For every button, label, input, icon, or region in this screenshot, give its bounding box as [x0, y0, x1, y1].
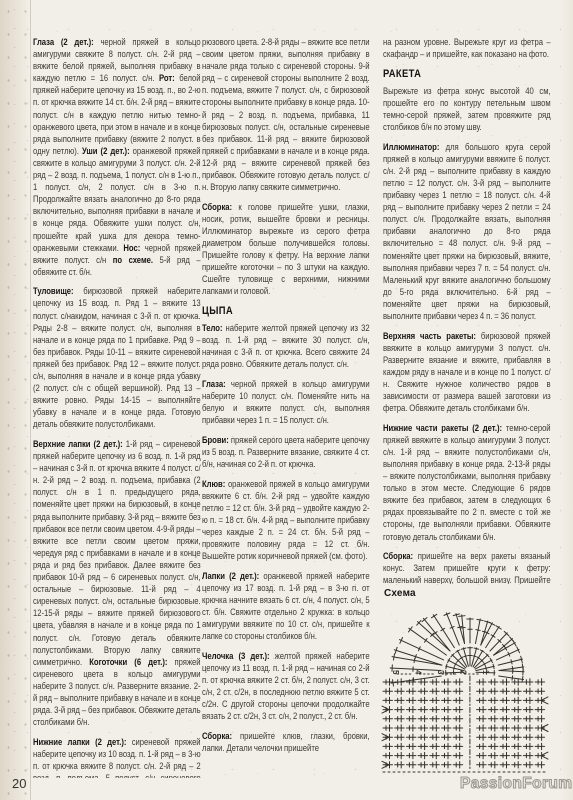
run-in-label: Челочка (3 дет.):	[202, 651, 270, 661]
run-in-label: Глаза:	[202, 379, 226, 389]
paragraph: Нижние части ракеты (2 дет.): темно-серо…	[383, 422, 551, 543]
paragraph: Верхние лапки (2 дет.): 1-й ряд – сирене…	[33, 438, 201, 728]
section-heading: ЦЫПА	[202, 305, 370, 317]
text-column-1: Глаза (2 дет.): черной пряжей в кольцо а…	[33, 36, 201, 778]
paragraph: Туловище: бирюзовой пряжей наберите цепо…	[33, 285, 201, 430]
paragraph: Лапки (2 дет.): оранжевой пряжей наберит…	[202, 570, 370, 643]
paragraph: на разном уровне. Вырежьте круг из фетра…	[383, 36, 551, 60]
run-in-label: Клюв:	[202, 479, 225, 489]
paragraph: Клюв: оранжевой пряжей в кольцо амигурум…	[202, 478, 370, 563]
crochet-schema: Схема 54321	[381, 588, 556, 783]
paragraph: Глаза: черной пряжей в кольцо амигуруми …	[202, 378, 370, 426]
text-column-2: рюзового цвета. 2-8-й ряды – вяжите все …	[202, 36, 370, 762]
paragraph: рюзового цвета. 2-8-й ряды – вяжите все …	[202, 36, 370, 193]
magazine-page: Глаза (2 дет.): черной пряжей в кольцо а…	[0, 0, 573, 800]
run-in-label: Иллюминатор:	[383, 142, 439, 152]
page-number: 20	[12, 776, 26, 791]
svg-text:1: 1	[481, 670, 490, 675]
run-in-label: Глаза (2 дет.):	[33, 37, 94, 47]
watermark: PassionForum.ru	[460, 775, 573, 793]
text-column-3: на разном уровне. Вырежьте круг из фетра…	[383, 36, 551, 584]
run-in-label: Нижние части ракеты (2 дет.):	[383, 423, 502, 433]
paragraph: Брови: пряжей серого цвета наберите цепо…	[202, 434, 370, 470]
paragraph: Верхняя часть ракеты: бирюзовой пряжей в…	[383, 330, 551, 415]
section-heading: РАКЕТА	[383, 68, 551, 80]
paragraph: Челочка (3 дет.): желтой пряжей наберите…	[202, 650, 370, 723]
paragraph: Нижние лапки (2 дет.): сиреневой пряжей …	[33, 736, 201, 778]
page-edge-right	[560, 0, 573, 800]
run-in-label: Верхняя часть ракеты:	[383, 331, 476, 341]
paragraph: Сборка: к голове пришейте ушки, глазки, …	[202, 201, 370, 298]
run-in-label: Нижние лапки (2 дет.):	[33, 737, 126, 747]
run-in-label: Коготочки (6 дет.):	[89, 657, 167, 667]
run-in-label: по схеме.	[113, 255, 153, 265]
paragraph: Глаза (2 дет.): черной пряжей в кольцо а…	[33, 36, 201, 278]
run-in-label: Туловище:	[33, 286, 74, 296]
run-in-label: Брови:	[202, 435, 229, 445]
paragraph: Иллюминатор: для большого круга серой пр…	[383, 141, 551, 322]
paragraph: Вырежьте из фетра конус высотой 40 см, п…	[383, 85, 551, 133]
run-in-label: Сборка:	[202, 202, 232, 212]
crochet-chart-diagram: 54321	[381, 600, 553, 778]
paragraph: Сборка: пришейте на верх ракеты вязаный …	[383, 550, 551, 584]
run-in-label: Верхние лапки (2 дет.):	[33, 439, 123, 449]
run-in-label: Лапки (2 дет.):	[202, 571, 259, 581]
schema-label: Схема	[384, 588, 556, 599]
run-in-label: Нос:	[123, 243, 140, 253]
run-in-label: Уши (2 дет.):	[82, 146, 130, 156]
run-in-label: Сборка:	[383, 551, 413, 561]
paragraph: Тело: наберите желтой пряжей цепочку из …	[202, 322, 370, 370]
run-in-label: Сборка:	[202, 731, 232, 741]
paragraph: Сборка: пришейте клюв, глазки, бровки, л…	[202, 730, 370, 754]
run-in-label: Рот:	[159, 73, 175, 83]
run-in-label: Тело:	[202, 323, 222, 333]
page-edge-texture	[0, 0, 31, 800]
